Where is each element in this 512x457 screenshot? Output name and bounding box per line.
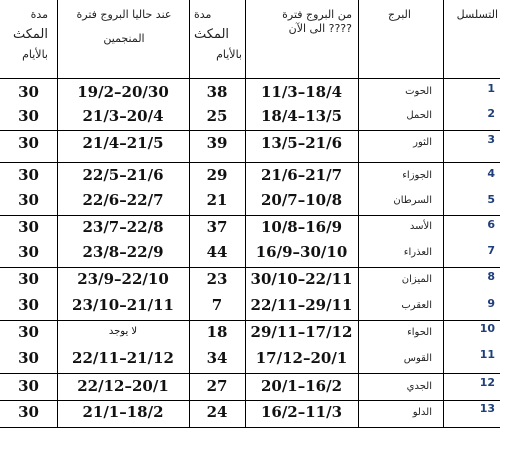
astro-days-cell: 30 xyxy=(0,134,57,152)
period-cell: 17/12–20/1 xyxy=(245,349,358,367)
astro-days-cell: 30 xyxy=(0,166,57,184)
serial-cell: 13 xyxy=(475,402,495,415)
serial-cell: 7 xyxy=(475,244,495,257)
header-line: مدة xyxy=(194,8,242,22)
astro-days-cell: 30 xyxy=(0,218,57,236)
sign-cell: الأسد xyxy=(362,221,432,232)
row-divider xyxy=(0,162,500,163)
serial-cell: 5 xyxy=(475,193,495,206)
header-astrologers-period: عند حاليا البروج فترة المنجمين xyxy=(62,8,186,46)
header-line: البرج xyxy=(362,8,437,22)
header-line: المنجمين xyxy=(62,32,186,46)
row-divider xyxy=(0,400,500,401)
row-divider xyxy=(0,215,500,216)
serial-cell: 1 xyxy=(475,82,495,95)
serial-cell: 4 xyxy=(475,167,495,180)
astro-period-cell: 23/10–21/11 xyxy=(57,296,189,314)
astro-period-cell: 22/12–20/1 xyxy=(57,377,189,395)
astro-days-cell: 30 xyxy=(0,349,57,367)
row-divider xyxy=(0,267,500,268)
sign-cell: الثور xyxy=(362,137,432,148)
astro-days-cell: 30 xyxy=(0,377,57,395)
astro-period-cell: 22/5–21/6 xyxy=(57,166,189,184)
astro-period-cell: لا يوجد xyxy=(57,326,189,337)
sign-cell: الميزان xyxy=(362,274,432,285)
sign-cell: القوس xyxy=(362,353,432,364)
header-line: من البروج فترة ???? الى الآن xyxy=(262,8,352,36)
astro-period-cell: 21/4–21/5 xyxy=(57,134,189,152)
days-cell: 29 xyxy=(189,166,245,184)
astro-days-cell: 30 xyxy=(0,270,57,288)
serial-cell: 11 xyxy=(475,348,495,361)
sign-cell: العذراء xyxy=(362,247,432,258)
header-line: المكث xyxy=(8,28,48,42)
sign-cell: الدلو xyxy=(362,407,432,418)
period-cell: 16/9–30/10 xyxy=(245,243,358,261)
header-sign: البرج xyxy=(362,8,437,22)
astro-days-cell: 30 xyxy=(0,107,57,125)
astro-period-cell: 23/9–22/10 xyxy=(57,270,189,288)
period-cell: 11/3–18/4 xyxy=(245,83,358,101)
days-cell: 44 xyxy=(189,243,245,261)
period-cell: 18/4–13/5 xyxy=(245,107,358,125)
serial-cell: 8 xyxy=(475,270,495,283)
sign-cell: العقرب xyxy=(362,300,432,311)
days-cell: 39 xyxy=(189,134,245,152)
header-serial: التسلسل xyxy=(446,8,498,22)
header-line: بالأيام xyxy=(194,48,242,62)
astro-period-cell: 22/6–22/7 xyxy=(57,191,189,209)
astro-period-cell: 23/8–22/9 xyxy=(57,243,189,261)
period-cell: 13/5–21/6 xyxy=(245,134,358,152)
row-divider xyxy=(0,427,500,428)
sign-cell: الجوزاء xyxy=(362,170,432,181)
days-cell: 24 xyxy=(189,403,245,421)
period-cell: 20/1–16/2 xyxy=(245,377,358,395)
astro-days-cell: 30 xyxy=(0,191,57,209)
period-cell: 21/6–21/7 xyxy=(245,166,358,184)
period-cell: 10/8–16/9 xyxy=(245,218,358,236)
header-line: التسلسل xyxy=(446,8,498,22)
sign-cell: الحوت xyxy=(362,86,432,97)
astro-days-cell: 30 xyxy=(0,243,57,261)
astro-days-cell: 30 xyxy=(0,296,57,314)
astro-period-cell: 21/1–18/2 xyxy=(57,403,189,421)
header-line: بالأيام xyxy=(8,48,48,62)
astro-days-cell: 30 xyxy=(0,403,57,421)
days-cell: 34 xyxy=(189,349,245,367)
days-cell: 37 xyxy=(189,218,245,236)
row-divider xyxy=(0,130,500,131)
serial-cell: 9 xyxy=(475,297,495,310)
days-cell: 7 xyxy=(189,296,245,314)
sign-cell: السرطان xyxy=(362,195,432,206)
sign-cell: الحواء xyxy=(362,327,432,338)
astro-period-cell: 19/2–20/30 xyxy=(57,83,189,101)
column-divider xyxy=(443,0,444,427)
header-stay-days-2: مدة المكث بالأيام xyxy=(8,8,48,62)
row-divider xyxy=(0,320,500,321)
sign-cell: الحمل xyxy=(362,110,432,121)
serial-cell: 3 xyxy=(475,133,495,146)
serial-cell: 12 xyxy=(475,376,495,389)
days-cell: 27 xyxy=(189,377,245,395)
row-divider xyxy=(0,78,500,79)
sign-cell: الجدي xyxy=(362,381,432,392)
astro-period-cell: 23/7–22/8 xyxy=(57,218,189,236)
serial-cell: 6 xyxy=(475,218,495,231)
astro-period-cell: 21/3–20/4 xyxy=(57,107,189,125)
period-cell: 30/10–22/11 xyxy=(245,270,358,288)
period-cell: 22/11–29/11 xyxy=(245,296,358,314)
column-divider xyxy=(358,0,359,427)
serial-cell: 10 xyxy=(475,322,495,335)
days-cell: 18 xyxy=(189,323,245,341)
header-line: مدة xyxy=(8,8,48,22)
period-cell: 29/11–17/12 xyxy=(245,323,358,341)
astro-days-cell: 30 xyxy=(0,323,57,341)
header-line: عند حاليا البروج فترة xyxy=(62,8,186,22)
astro-period-cell: 22/11–21/12 xyxy=(57,349,189,367)
header-stay-days-1: مدة المكث بالأيام xyxy=(194,8,242,62)
row-divider xyxy=(0,373,500,374)
days-cell: 21 xyxy=(189,191,245,209)
period-cell: 20/7–10/8 xyxy=(245,191,358,209)
header-constellation-period: من البروج فترة ???? الى الآن xyxy=(262,8,352,36)
period-cell: 16/2–11/3 xyxy=(245,403,358,421)
days-cell: 38 xyxy=(189,83,245,101)
days-cell: 25 xyxy=(189,107,245,125)
serial-cell: 2 xyxy=(475,107,495,120)
header-line: المكث xyxy=(194,28,242,42)
days-cell: 23 xyxy=(189,270,245,288)
astro-days-cell: 30 xyxy=(0,83,57,101)
